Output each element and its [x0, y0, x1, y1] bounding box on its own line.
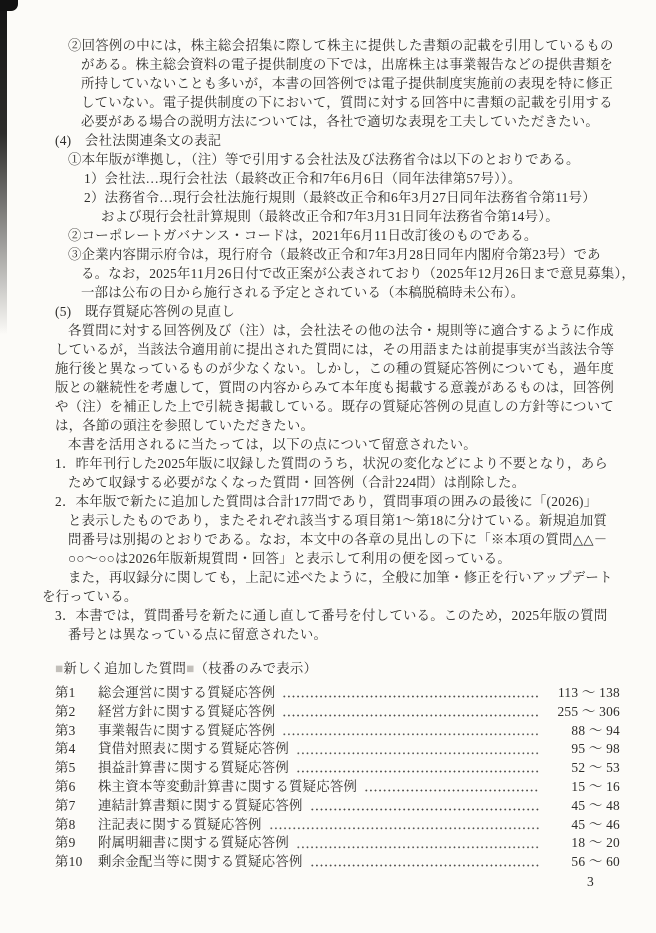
text-line: 問番号は別掲のとおりである。なお，本文中の各章の見出しの下に「※本項の質問△△－ — [68, 530, 620, 549]
scan-corner-artifact — [0, 0, 18, 11]
new-questions-list: 第1総会運営に関する質疑応答例113 ～ 138第2経営方針に関する質疑応答例2… — [55, 684, 620, 872]
text-line: 2）法務省令…現行会社法施行規則（最終改正令和6年3月27日同年法務省令第11号… — [84, 188, 620, 207]
toc-row: 第6株主資本等変動計算書に関する質疑応答例15 ～ 16 — [55, 778, 620, 797]
toc-item-title: 連結計算書類に関する質疑応答例 — [98, 797, 303, 816]
text-line: しているが，当該法令適用前に提出された質問には，その用語または前提事実が当該法令… — [55, 340, 620, 359]
toc-item-page-range: 56 ～ 60 — [548, 853, 620, 872]
toc-item-page-range: 113 ～ 138 — [548, 684, 620, 703]
toc-item-page-range: 52 ～ 53 — [548, 759, 620, 778]
text-line: 本書を活用されるに当たっては，以下の点について留意されたい。 — [68, 435, 620, 454]
toc-item-page-range: 45 ～ 48 — [548, 797, 620, 816]
toc-row: 第8注記表に関する質疑応答例45 ～ 46 — [55, 816, 620, 835]
toc-item-number: 第4 — [55, 740, 98, 759]
toc-item-number: 第5 — [55, 759, 98, 778]
text-line: は，各節の頭注を参照していただきたい。 — [55, 416, 620, 435]
text-line: ○○～○○は2026年版新規質問・回答」と表示して利用の便を図っている。 — [68, 549, 620, 568]
text-line: 版との継続性を考慮して，質問の内容からみて本年度も掲載する意義があるものは，回答… — [55, 378, 620, 397]
toc-item-page-range: 15 ～ 16 — [548, 778, 620, 797]
text-line: ②コーポレートガバナンス・コードは，2021年6月11日改訂後のものである。 — [68, 226, 620, 245]
dotted-leader — [282, 694, 539, 699]
toc-item-number: 第10 — [55, 853, 98, 872]
new-questions-section: ■新しく追加した質問■（枝番のみで表示） 第1総会運営に関する質疑応答例113 … — [55, 659, 620, 872]
page-content: ②回答例の中には，株主総会招集に際して株主に提供した書類の記載を引用しているもの… — [55, 36, 620, 872]
text-line: を行っている。 — [42, 587, 620, 606]
heading-note: （枝番のみで表示） — [194, 661, 317, 676]
toc-item-title: 経営方針に関する質疑応答例 — [98, 703, 275, 722]
text-line: 番号とは異なっている点に留意されたい。 — [68, 625, 620, 644]
dotted-leader — [282, 731, 539, 736]
toc-row: 第7連結計算書類に関する質疑応答例45 ～ 48 — [55, 797, 620, 816]
text-line: 一部は公布の日から施行される予定とされている（本稿脱稿時未公布）。 — [81, 283, 620, 302]
text-line: 3．本書では，質問番号を新たに通し直して番号を付している。このため，2025年版… — [55, 606, 620, 625]
text-line: 必要がある場合の説明方法については，各社で適切な表現を工夫していただきたい。 — [81, 112, 620, 131]
toc-row: 第5損益計算書に関する質疑応答例52 ～ 53 — [55, 759, 620, 778]
toc-item-page-range: 95 ～ 98 — [548, 740, 620, 759]
dotted-leader — [296, 844, 539, 849]
dotted-leader — [310, 807, 539, 812]
toc-item-title: 総会運営に関する質疑応答例 — [98, 684, 275, 703]
dotted-leader — [282, 713, 539, 718]
text-line: 施行後と異なっているものが少なくない。しかし，この種の質疑応答例についても，過年… — [55, 359, 620, 378]
toc-item-title: 損益計算書に関する質疑応答例 — [98, 759, 289, 778]
text-line: ③企業内容開示府令は，現行府令（最終改正令和7年3月28日同年内閣府令第23号）… — [68, 245, 620, 264]
heading-title: 新しく追加した質問 — [63, 661, 186, 676]
text-line: 1．昨年刊行した2025年版に収録した質問のうち，状況の変化などにより不要となり… — [55, 454, 620, 473]
toc-item-title: 注記表に関する質疑応答例 — [98, 816, 262, 835]
toc-row: 第1総会運営に関する質疑応答例113 ～ 138 — [55, 684, 620, 703]
text-line: (5) 既存質疑応答例の見直し — [55, 302, 620, 321]
text-line: ためて収録する必要がなくなった質問・回答例（合計224問）は削除した。 — [68, 473, 620, 492]
toc-row: 第10剰余金配当等に関する質疑応答例56 ～ 60 — [55, 853, 620, 872]
page-number: 3 — [587, 874, 594, 890]
text-line: 各質問に対する回答例及び（注）は，会社法その他の法令・規則等に適合するように作成 — [68, 321, 620, 340]
text-line: 1）会社法…現行会社法（最終改正令和7年6月6日（同年法律第57号））。 — [84, 169, 620, 188]
toc-item-number: 第7 — [55, 797, 98, 816]
toc-item-title: 附属明細書に関する質疑応答例 — [98, 834, 289, 853]
toc-item-number: 第6 — [55, 778, 98, 797]
toc-item-title: 事業報告に関する質疑応答例 — [98, 722, 275, 741]
toc-item-title: 貸借対照表に関する質疑応答例 — [98, 740, 289, 759]
text-line: していない。電子提供制度の下において，質問に対する回答中に書類の記載を引用する — [81, 93, 620, 112]
toc-row: 第3事業報告に関する質疑応答例88 ～ 94 — [55, 722, 620, 741]
text-line: および現行会社計算規則（最終改正令和7年3月31日同年法務省令第14号）。 — [101, 207, 620, 226]
toc-item-number: 第3 — [55, 722, 98, 741]
text-line: る。なお，2025年11月26日付で改正案が公表されており（2025年12月26… — [81, 264, 620, 283]
text-line: や（注）を補正した上で引続き掲載している。既存の質疑応答例の見直しの方針等につい… — [55, 397, 620, 416]
toc-item-page-range: 88 ～ 94 — [548, 722, 620, 741]
dotted-leader — [296, 750, 539, 755]
toc-item-title: 株主資本等変動計算書に関する質疑応答例 — [98, 778, 357, 797]
dotted-leader — [364, 788, 539, 793]
text-line: と表示したものであり，またそれぞれ該当する項目第1～第18に分けている。新規追加… — [68, 511, 620, 530]
dotted-leader — [269, 825, 539, 830]
toc-item-title: 剰余金配当等に関する質疑応答例 — [98, 853, 303, 872]
text-line: ①本年版が準拠し，（注）等で引用する会社法及び法務省令は以下のとおりである。 — [68, 150, 620, 169]
text-line: (4) 会社法関連条文の表記 — [55, 131, 620, 150]
toc-item-number: 第1 — [55, 684, 98, 703]
text-line: がある。株主総会資料の電子提供制度の下では，出席株主は事業報告などの提供書類を — [81, 55, 620, 74]
toc-item-page-range: 255 ～ 306 — [548, 703, 620, 722]
toc-row: 第4貸借対照表に関する質疑応答例95 ～ 98 — [55, 740, 620, 759]
new-questions-heading: ■新しく追加した質問■（枝番のみで表示） — [55, 659, 620, 678]
toc-item-page-range: 18 ～ 20 — [548, 834, 620, 853]
text-line: ②回答例の中には，株主総会招集に際して株主に提供した書類の記載を引用しているもの — [68, 36, 620, 55]
text-line: また，再収録分に関しても，上記に述べたように，全般に加筆・修正を行いアップデート — [68, 568, 620, 587]
scan-edge-artifact — [0, 0, 7, 335]
toc-row: 第2経営方針に関する質疑応答例255 ～ 306 — [55, 703, 620, 722]
toc-item-number: 第9 — [55, 834, 98, 853]
toc-item-number: 第8 — [55, 816, 98, 835]
text-line: 2．本年版で新たに追加した質問は合計177問であり，質問事項の囲みの最後に「(2… — [55, 492, 620, 511]
toc-item-page-range: 45 ～ 46 — [548, 816, 620, 835]
body-text: ②回答例の中には，株主総会招集に際して株主に提供した書類の記載を引用しているもの… — [55, 36, 620, 644]
text-line: 所持していないことも多いが，本書の回答例では電子提供制度実施前の表現を特に修正 — [81, 74, 620, 93]
scanned-book-page: { "page": { "number": "3", "background":… — [0, 0, 656, 933]
toc-row: 第9附属明細書に関する質疑応答例18 ～ 20 — [55, 834, 620, 853]
toc-item-number: 第2 — [55, 703, 98, 722]
dotted-leader — [296, 769, 539, 774]
dotted-leader — [310, 863, 539, 868]
